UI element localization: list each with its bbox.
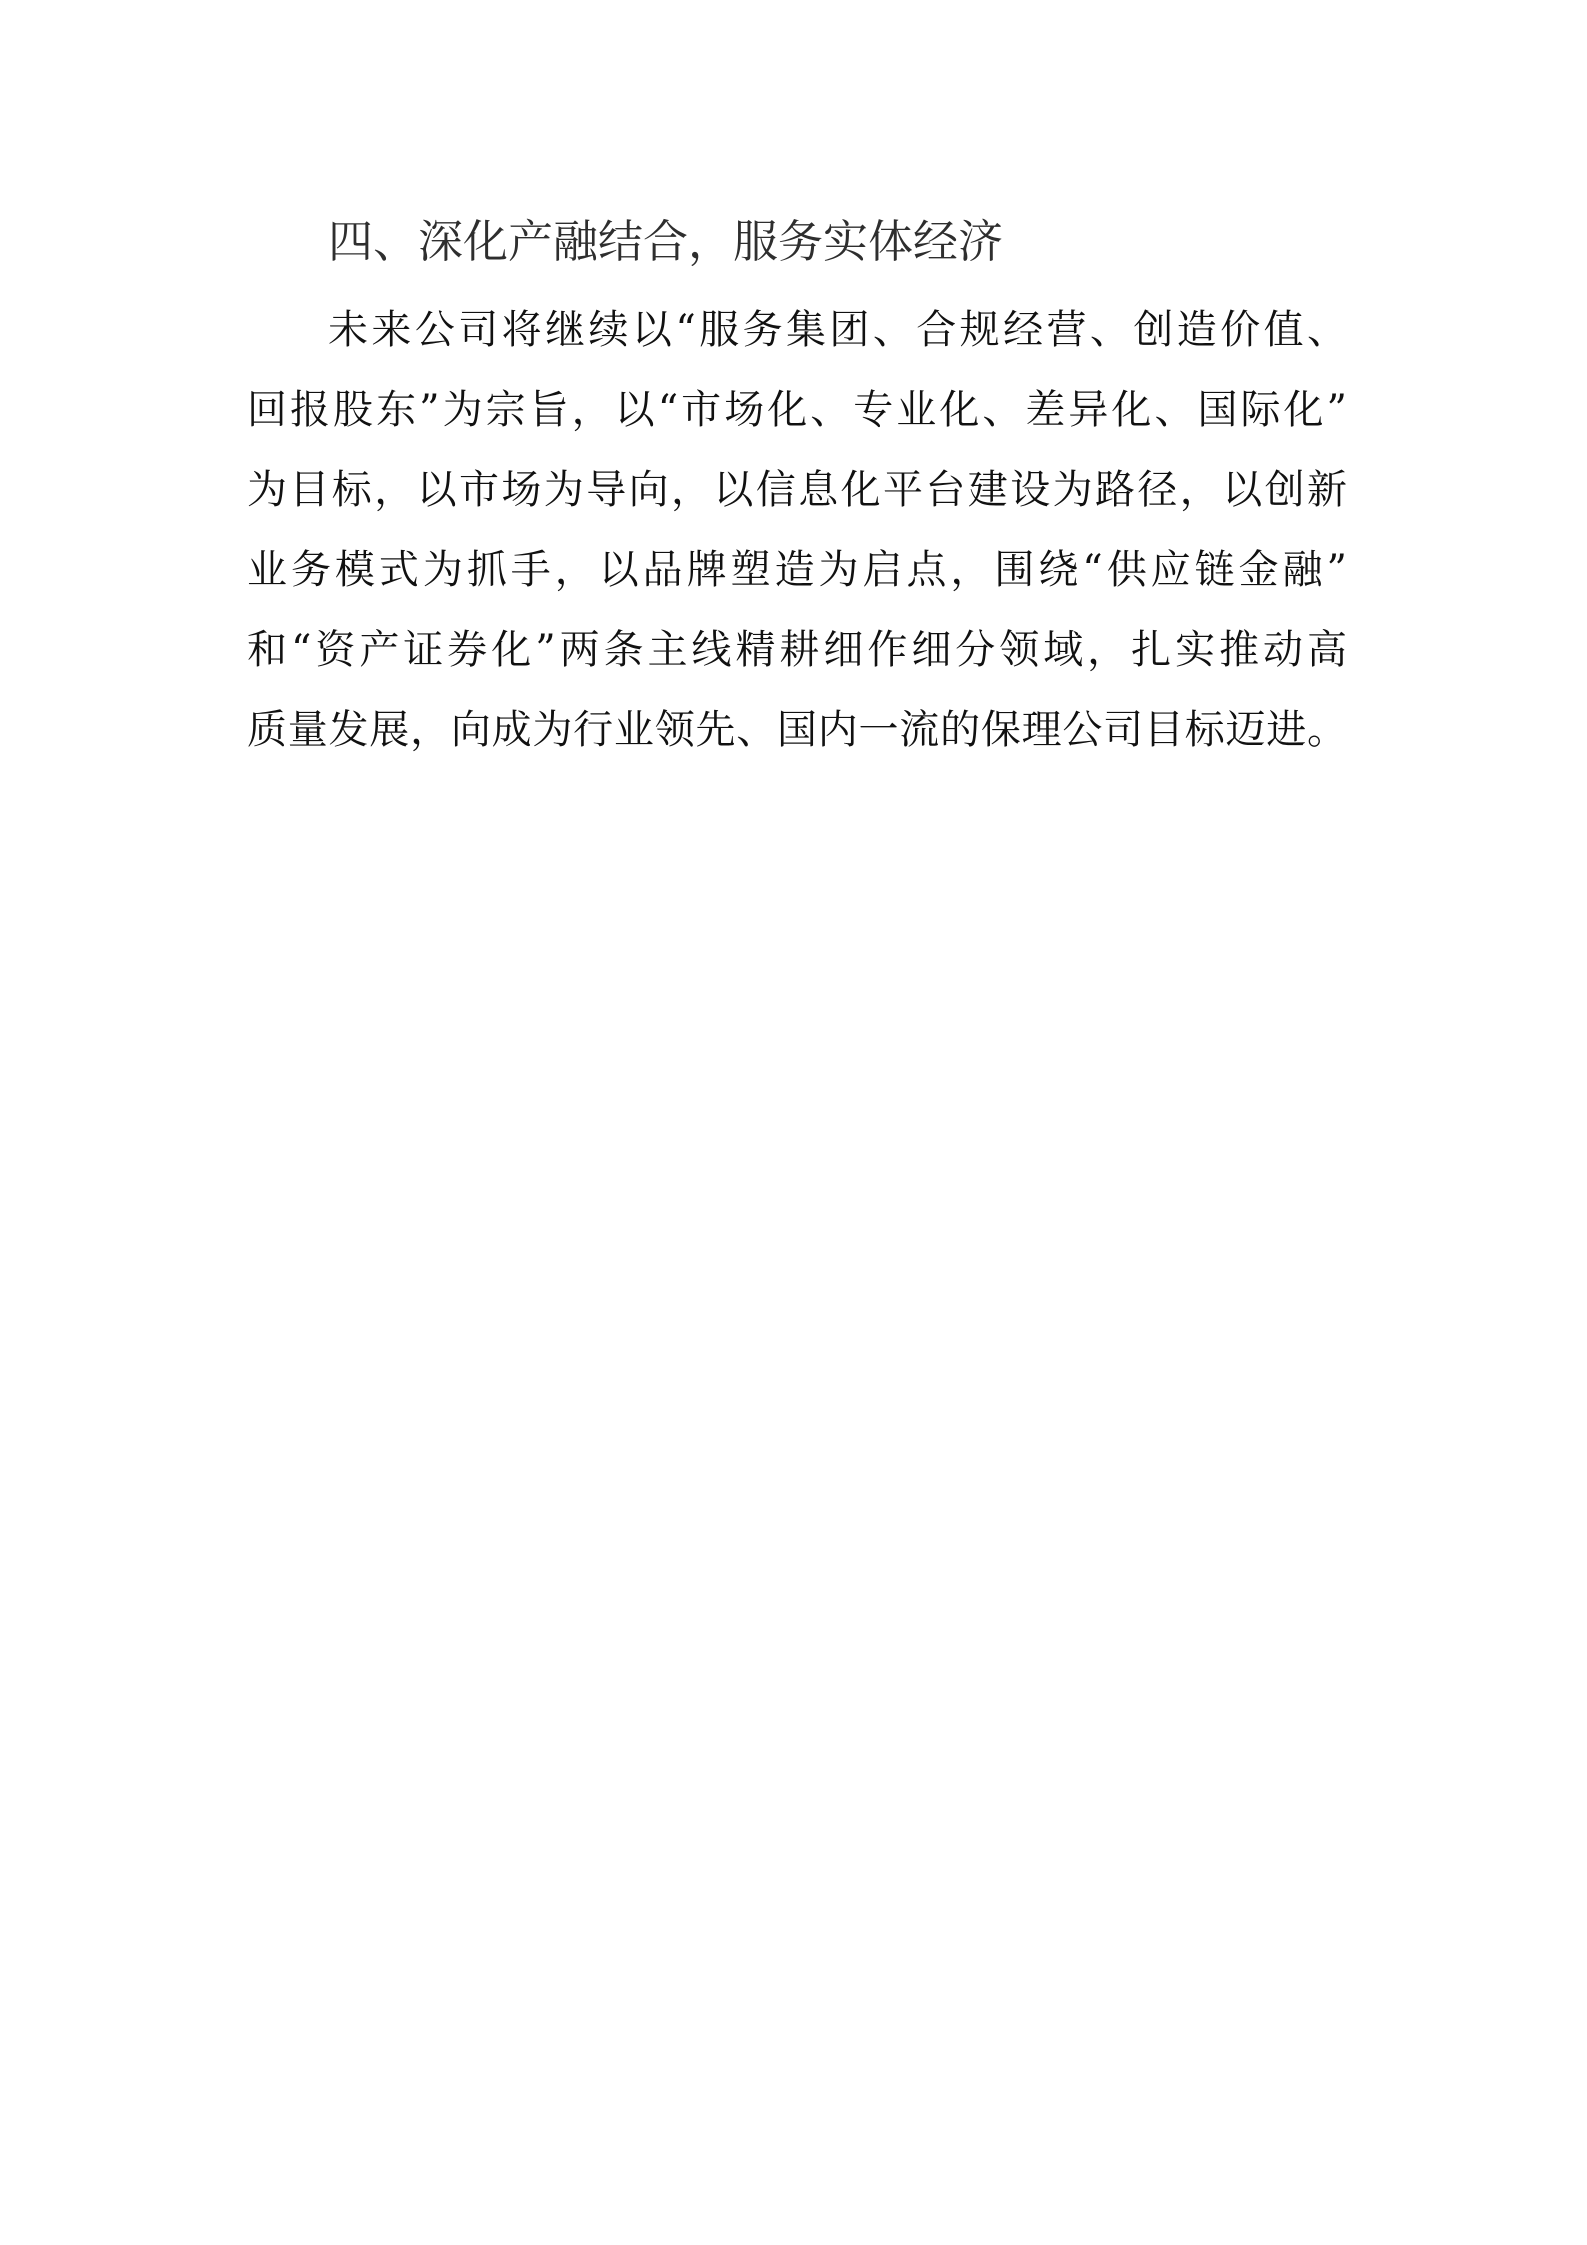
document-page: 四、深化产融结合，服务实体经济 未来公司将继续以“服务集团、合规经营、创造价值、… [0,0,1587,2245]
paragraph-line: 未来公司将继续以“服务集团、合规经营、创造价值、 [247,290,1347,370]
section-heading: 四、深化产融结合，服务实体经济 [328,214,1003,270]
paragraph-line: 为目标，以市场为导向，以信息化平台建设为路径，以创新 [247,450,1347,530]
body-paragraph: 未来公司将继续以“服务集团、合规经营、创造价值、 回报股东”为宗旨，以“市场化、… [247,290,1347,770]
paragraph-line: 业务模式为抓手，以品牌塑造为启点，围绕“供应链金融” [247,530,1347,610]
paragraph-line: 和“资产证券化”两条主线精耕细作细分领域，扎实推动高 [247,610,1347,690]
paragraph-line: 质量发展，向成为行业领先、国内一流的保理公司目标迈进。 [247,690,1347,770]
paragraph-line: 回报股东”为宗旨，以“市场化、专业化、差异化、国际化” [247,370,1347,450]
